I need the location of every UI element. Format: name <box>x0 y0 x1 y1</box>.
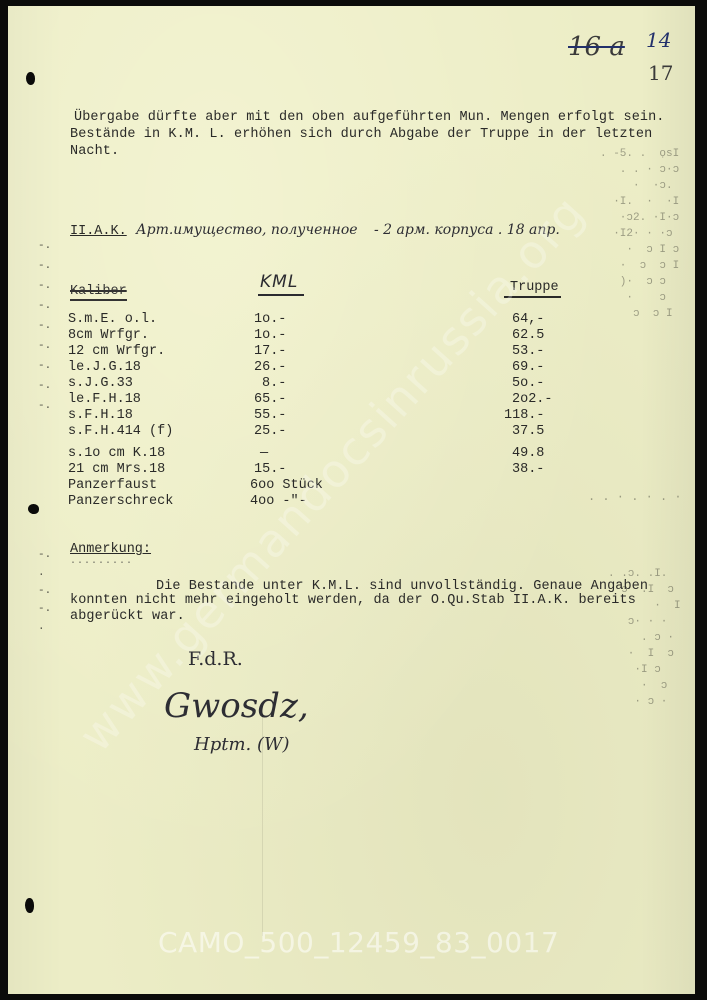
row-kml: 8.- <box>262 376 286 392</box>
note-heading-dots: ········· <box>70 558 133 569</box>
signature-rank: Hptm. (W) <box>194 734 290 755</box>
intro-line-3: Nacht. <box>70 143 119 160</box>
row-caliber: le.J.G.18 <box>68 360 141 376</box>
row-kml: — <box>260 446 268 462</box>
row-truppe: 69.- <box>512 360 544 376</box>
struck-column-header: Kaliber <box>70 284 127 301</box>
dotted-rule: . . · . · . · <box>588 490 682 504</box>
table-row: 8cm Wrfgr. 1o.- 62.5 <box>68 328 628 344</box>
punch-hole-top <box>26 72 35 85</box>
table-row: 12 cm Wrfgr. 17.- 53.- <box>68 344 628 360</box>
row-truppe: 38.- <box>512 462 544 478</box>
intro-line-1: Übergabe dürfte aber mit den oben aufgef… <box>74 109 665 126</box>
row-truppe: 53.- <box>512 344 544 360</box>
row-caliber: s.F.H.414 (f) <box>68 424 173 440</box>
row-truppe: 5o.- <box>512 376 544 392</box>
row-truppe: 118.- <box>504 408 545 424</box>
row-caliber: s.J.G.33 <box>68 376 133 392</box>
note-line-2: konnten nicht mehr eingeholt werden, da … <box>70 592 636 609</box>
row-caliber: Panzerfaust <box>68 478 157 494</box>
row-truppe: 64,- <box>512 312 544 328</box>
row-caliber: 21 cm Mrs.18 <box>68 462 165 478</box>
row-caliber: s.1o cm K.18 <box>68 446 165 462</box>
row-kml: 26.- <box>254 360 286 376</box>
punch-hole-middle <box>28 504 39 514</box>
row-kml: 55.- <box>254 408 286 424</box>
row-kml: 65.- <box>254 392 286 408</box>
row-truppe: 62.5 <box>512 328 544 344</box>
row-truppe: 49.8 <box>512 446 544 462</box>
row-truppe: 37.5 <box>512 424 544 440</box>
column-header-kml: KML <box>258 272 304 296</box>
punch-hole-bottom <box>25 898 34 913</box>
row-caliber: 12 cm Wrfgr. <box>68 344 165 360</box>
row-caliber: S.m.E. o.l. <box>68 312 157 328</box>
table-row: S.m.E. o.l. 1o.- 64,- <box>68 312 628 328</box>
intro-line-2: Bestände in K.M. L. erhöhen sich durch A… <box>70 126 652 143</box>
bleed-through-text: . -5. . ọsI . . · ɔ·ɔ · ·ɔ. ·I. · ·I ·ɔ2… <box>600 146 679 322</box>
row-kml: 1o.- <box>254 312 286 328</box>
archive-id-watermark: CAMO_500_12459_83_0017 <box>158 926 559 959</box>
table-row: s.J.G.33 8.- 5o.- <box>68 376 628 392</box>
row-caliber: 8cm Wrfgr. <box>68 328 149 344</box>
note-heading: Anmerkung: <box>70 542 151 557</box>
row-caliber: le.F.H.18 <box>68 392 141 408</box>
document-page: 16 a 14 17 Übergabe dürfte aber mit den … <box>8 6 695 994</box>
bleed-through-text-lower: . .ɔ. .I. ɔ .I ɔ · I ɔ· · · . ɔ · · I ɔ … <box>608 566 681 710</box>
paper-fold-line <box>262 706 263 936</box>
signature: Gwosdz, <box>164 686 309 726</box>
row-kml: 1o.- <box>254 328 286 344</box>
archive-old-number: 16 a <box>568 32 625 62</box>
row-kml: 25.- <box>254 424 286 440</box>
section-label: II.A.K. <box>70 224 127 239</box>
table-row: le.F.H.18 65.- 2o2.- <box>68 392 628 408</box>
table-row: Panzerschreck 4oo -"- <box>68 494 628 510</box>
handwritten-annotation-left: Арт.имущество, полученное <box>136 222 358 238</box>
margin-marks-left: -.-.-.-.-.-.-.-.-. <box>38 236 51 416</box>
table-row: le.J.G.18 26.- 69.- <box>68 360 628 376</box>
margin-marks-left-lower: -..-.-.. <box>38 546 51 636</box>
row-truppe: 2o2.- <box>512 392 553 408</box>
row-caliber: s.F.H.18 <box>68 408 133 424</box>
archive-corrected-number: 14 <box>646 28 671 52</box>
page-number: 17 <box>648 61 673 85</box>
row-kml: 15.- <box>254 462 286 478</box>
row-kml: 17.- <box>254 344 286 360</box>
row-caliber: Panzerschreck <box>68 494 173 510</box>
